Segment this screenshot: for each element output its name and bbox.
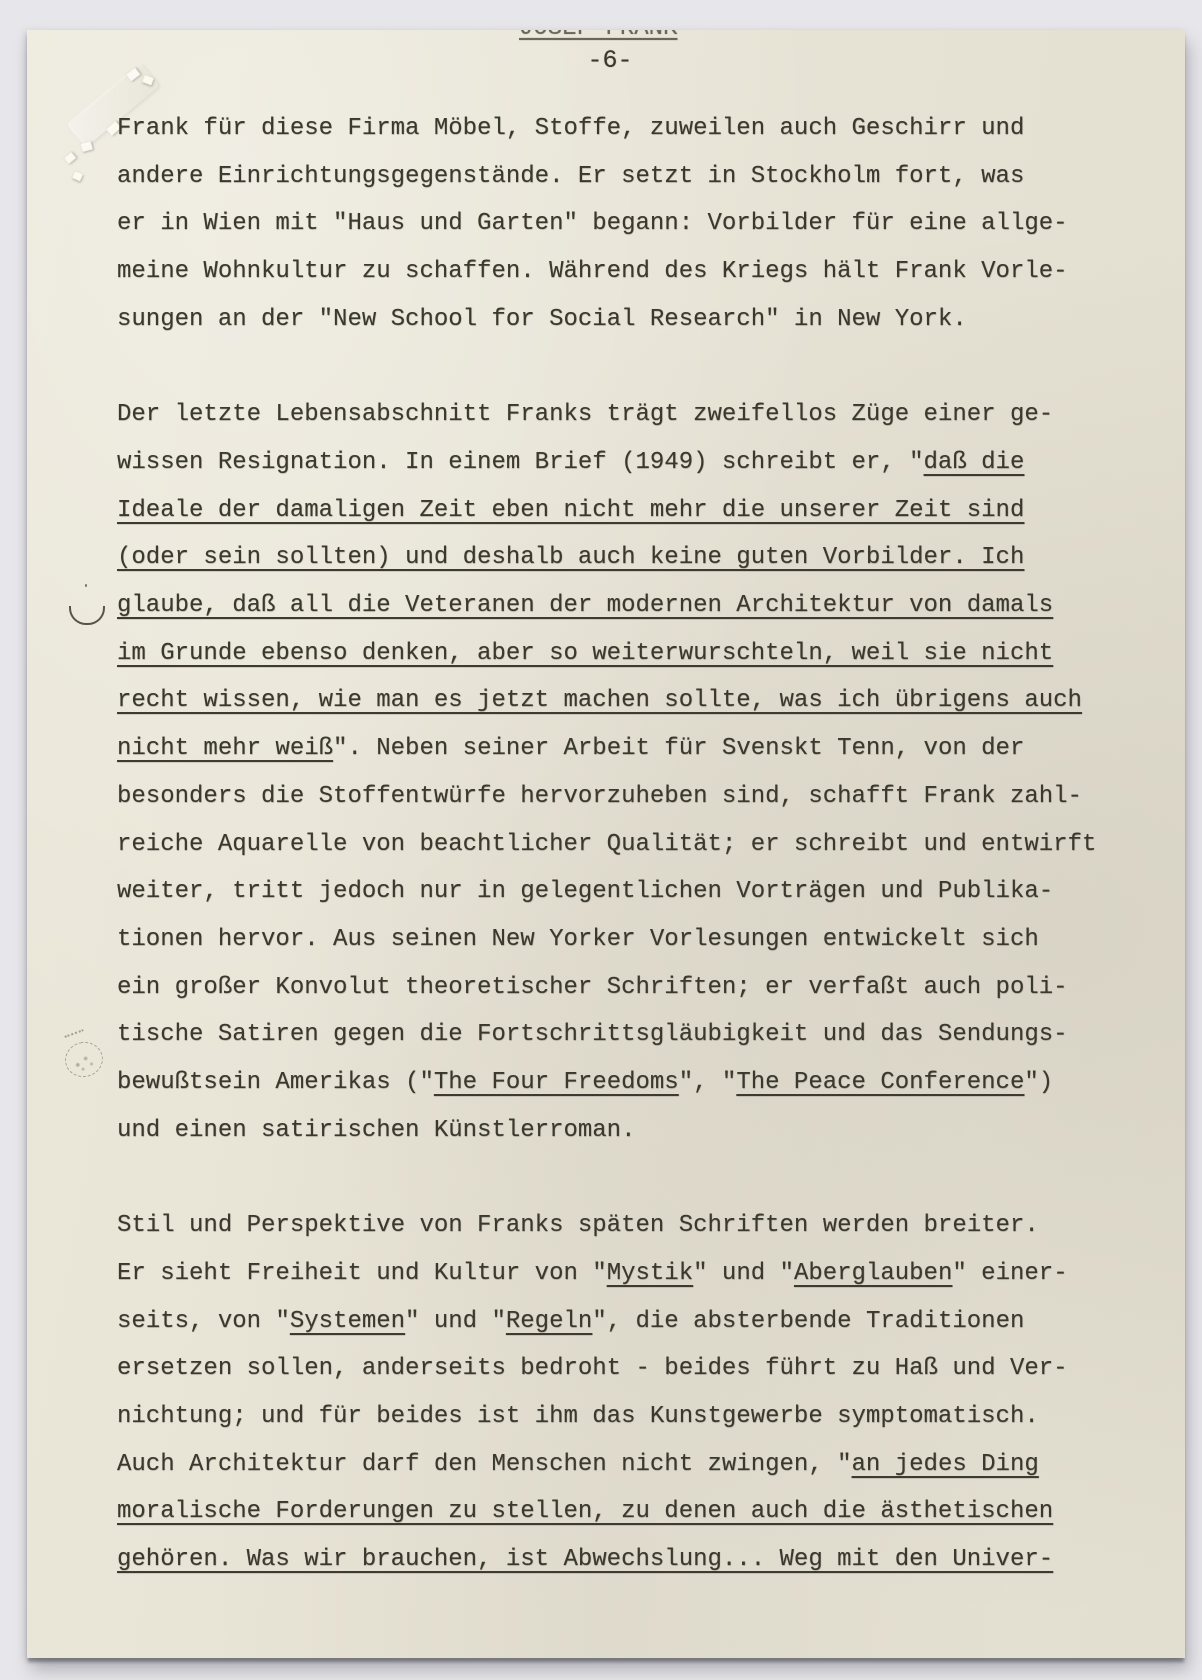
text-segment: tionen hervor. Aus seinen New Yorker Vor… [117, 926, 1039, 953]
paragraph: Frank für diese Firma Möbel, Stoffe, zuw… [117, 105, 1117, 344]
text-segment: ", die absterbende Traditionen [592, 1308, 1024, 1335]
text-line: (oder sein sollten) und deshalb auch kei… [117, 534, 1117, 582]
text-segment: Er sieht Freiheit und Kultur von " [117, 1260, 607, 1287]
text-segment: Stil und Perspektive von Franks späten S… [117, 1212, 1039, 1239]
stamp-mark [62, 1038, 106, 1080]
text-segment: und einen satirischen Künstlerroman. [117, 1117, 635, 1144]
text-segment: seits, von " [117, 1308, 290, 1335]
text-line: tionen hervor. Aus seinen New Yorker Vor… [117, 916, 1117, 964]
text-line: reiche Aquarelle von beachtlicher Qualit… [117, 821, 1117, 869]
text-line: moralische Forderungen zu stellen, zu de… [117, 1488, 1117, 1536]
crease-chip [80, 141, 93, 153]
text-line: gehören. Was wir brauchen, ist Abwechslu… [117, 1536, 1117, 1584]
text-line: im Grunde ebenso denken, aber so weiterw… [117, 630, 1117, 678]
underlined-text-segment: Systemen [290, 1308, 405, 1335]
underlined-text-segment: im Grunde ebenso denken, aber so weiterw… [117, 640, 1053, 667]
text-segment: meine Wohnkultur zu schaffen. Während de… [117, 258, 1068, 285]
text-line: Stil und Perspektive von Franks späten S… [117, 1202, 1117, 1250]
text-line: und einen satirischen Künstlerroman. [117, 1107, 1117, 1155]
underlined-text-segment: Mystik [607, 1260, 693, 1287]
paper-sheet: JOSEF FRANK -6- Frank für diese Firma Mö… [27, 30, 1185, 1658]
text-line: wissen Resignation. In einem Brief (1949… [117, 439, 1117, 487]
underlined-text-segment: The Four Freedoms [434, 1069, 679, 1096]
text-line: nichtung; und für beides ist ihm das Kun… [117, 1393, 1117, 1441]
text-segment: Auch Architektur darf den Menschen nicht… [117, 1451, 852, 1478]
text-line: tische Satiren gegen die Fortschrittsglä… [117, 1011, 1117, 1059]
text-line: recht wissen, wie man es jetzt machen so… [117, 677, 1117, 725]
text-segment: " und " [405, 1308, 506, 1335]
text-line: besonders die Stoffentwürfe hervorzuhebe… [117, 773, 1117, 821]
text-line: Auch Architektur darf den Menschen nicht… [117, 1441, 1117, 1489]
text-line: Der letzte Lebensabschnitt Franks trägt … [117, 391, 1117, 439]
underlined-text-segment: The Peace Conference [736, 1069, 1024, 1096]
text-line: seits, von "Systemen" und "Regeln", die … [117, 1298, 1117, 1346]
crease-chip [72, 170, 84, 181]
text-segment: reiche Aquarelle von beachtlicher Qualit… [117, 831, 1096, 858]
underlined-text-segment: nicht mehr weiß [117, 735, 333, 762]
text-line: glaube, daß all die Veteranen der modern… [117, 582, 1117, 630]
handwritten-arc-mark [69, 606, 105, 625]
text-line: Frank für diese Firma Möbel, Stoffe, zuw… [117, 105, 1117, 153]
text-segment: ersetzen sollen, anderseits bedroht - be… [117, 1355, 1068, 1382]
underlined-text-segment: Aberglauben [794, 1260, 952, 1287]
text-line: meine Wohnkultur zu schaffen. Während de… [117, 248, 1117, 296]
text-segment: sungen an der "New School for Social Res… [117, 306, 967, 333]
cutoff-header: JOSEF FRANK [519, 30, 689, 46]
text-segment: nichtung; und für beides ist ihm das Kun… [117, 1403, 1039, 1430]
text-line: bewußtsein Amerikas ("The Four Freedoms"… [117, 1059, 1117, 1107]
text-line: andere Einrichtungsgegenstände. Er setzt… [117, 153, 1117, 201]
underlined-text-segment: an jedes Ding [852, 1451, 1039, 1478]
text-segment: besonders die Stoffentwürfe hervorzuhebe… [117, 783, 1082, 810]
text-segment: tische Satiren gegen die Fortschrittsglä… [117, 1021, 1068, 1048]
crease-chip [64, 152, 77, 165]
text-line: ersetzen sollen, anderseits bedroht - be… [117, 1345, 1117, 1393]
underlined-text-segment: (oder sein sollten) und deshalb auch kei… [117, 544, 1024, 571]
text-segment: ". Neben seiner Arbeit für Svenskt Tenn,… [333, 735, 1024, 762]
text-segment: andere Einrichtungsgegenstände. Er setzt… [117, 163, 1024, 190]
crease-chip [126, 67, 141, 81]
text-segment: weiter, tritt jedoch nur in gelegentlich… [117, 878, 1053, 905]
text-segment: ein großer Konvolut theoretischer Schrif… [117, 974, 1068, 1001]
text-segment: Frank für diese Firma Möbel, Stoffe, zuw… [117, 115, 1024, 142]
text-segment: er in Wien mit "Haus und Garten" begann:… [117, 210, 1068, 237]
text-body: Frank für diese Firma Möbel, Stoffe, zuw… [117, 105, 1117, 1584]
text-segment: " einer- [952, 1260, 1067, 1287]
text-segment: ", " [679, 1069, 737, 1096]
underlined-text-segment: gehören. Was wir brauchen, ist Abwechslu… [117, 1546, 1053, 1573]
paragraph: Stil und Perspektive von Franks späten S… [117, 1202, 1117, 1584]
text-line: Ideale der damaligen Zeit eben nicht meh… [117, 487, 1117, 535]
text-segment: ") [1024, 1069, 1053, 1096]
crease-chip [142, 75, 154, 86]
scanned-typescript-screenshot: { "document": { "header": { "cutoff_titl… [0, 0, 1202, 1680]
text-segment: Der letzte Lebensabschnitt Franks trägt … [117, 401, 1053, 428]
underlined-text-segment: daß die [924, 449, 1025, 476]
text-line: er in Wien mit "Haus und Garten" begann:… [117, 200, 1117, 248]
underlined-text-segment: glaube, daß all die Veteranen der modern… [117, 592, 1053, 619]
underlined-text-segment: recht wissen, wie man es jetzt machen so… [117, 687, 1082, 714]
underlined-text-segment: moralische Forderungen zu stellen, zu de… [117, 1498, 1053, 1525]
page-number: -6- [555, 46, 665, 75]
underlined-text-segment: Regeln [506, 1308, 592, 1335]
text-line: sungen an der "New School for Social Res… [117, 296, 1117, 344]
text-segment: bewußtsein Amerikas (" [117, 1069, 434, 1096]
text-line: weiter, tritt jedoch nur in gelegentlich… [117, 868, 1117, 916]
paragraph: Der letzte Lebensabschnitt Franks trägt … [117, 391, 1117, 1154]
text-line: nicht mehr weiß". Neben seiner Arbeit fü… [117, 725, 1117, 773]
underlined-text-segment: Ideale der damaligen Zeit eben nicht meh… [117, 497, 1024, 524]
text-line: Er sieht Freiheit und Kultur von "Mystik… [117, 1250, 1117, 1298]
text-segment: wissen Resignation. In einem Brief (1949… [117, 449, 924, 476]
cutoff-header-text: JOSEF FRANK [519, 30, 689, 43]
text-line: ein großer Konvolut theoretischer Schrif… [117, 964, 1117, 1012]
text-segment: " und " [693, 1260, 794, 1287]
